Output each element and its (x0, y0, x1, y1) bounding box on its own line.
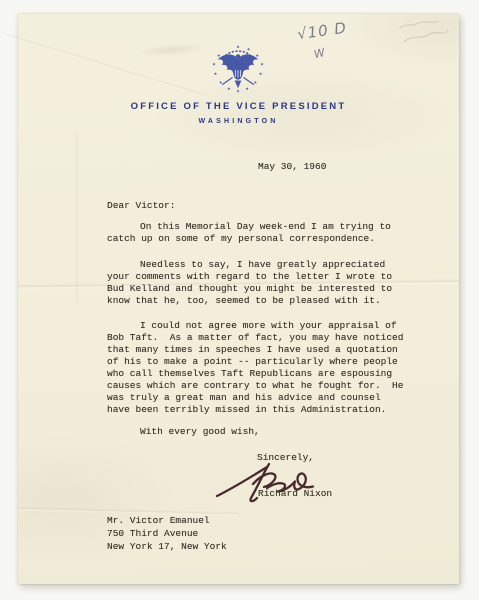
letter-paragraph: Needless to say, I have greatly apprecia… (107, 259, 437, 307)
letter-paragraph: With every good wish, (107, 426, 437, 438)
pencil-smudge (136, 42, 207, 59)
faint-pencil-scrawl (392, 16, 456, 54)
seal-eagle (218, 51, 258, 88)
letter-paragraph: On this Memorial Day week-end I am tryin… (107, 221, 437, 245)
vice-president-seal-icon (208, 44, 268, 94)
letterhead-office-line: OFFICE OF THE VICE PRESIDENT (18, 101, 459, 112)
signer-typed-name: Richard Nixon (258, 488, 332, 500)
pencil-annotation-initial: W (313, 46, 327, 61)
paper-crease (1, 29, 204, 98)
letterhead-city-line: WASHINGTON (18, 118, 459, 125)
letter-date: May 30, 1960 (258, 161, 326, 173)
pencil-annotation-note: √10 D (296, 19, 348, 44)
handwritten-signature (211, 458, 329, 510)
letter-paragraph: I could not agree more with your apprais… (107, 320, 437, 416)
recipient-address-block: Mr. Victor Emanuel 750 Third Avenue New … (107, 514, 227, 553)
letter-salutation: Dear Victor: (107, 200, 175, 212)
letter-paper: OFFICE OF THE VICE PRESIDENT WASHINGTON … (18, 14, 459, 584)
paper-crease (74, 132, 80, 302)
